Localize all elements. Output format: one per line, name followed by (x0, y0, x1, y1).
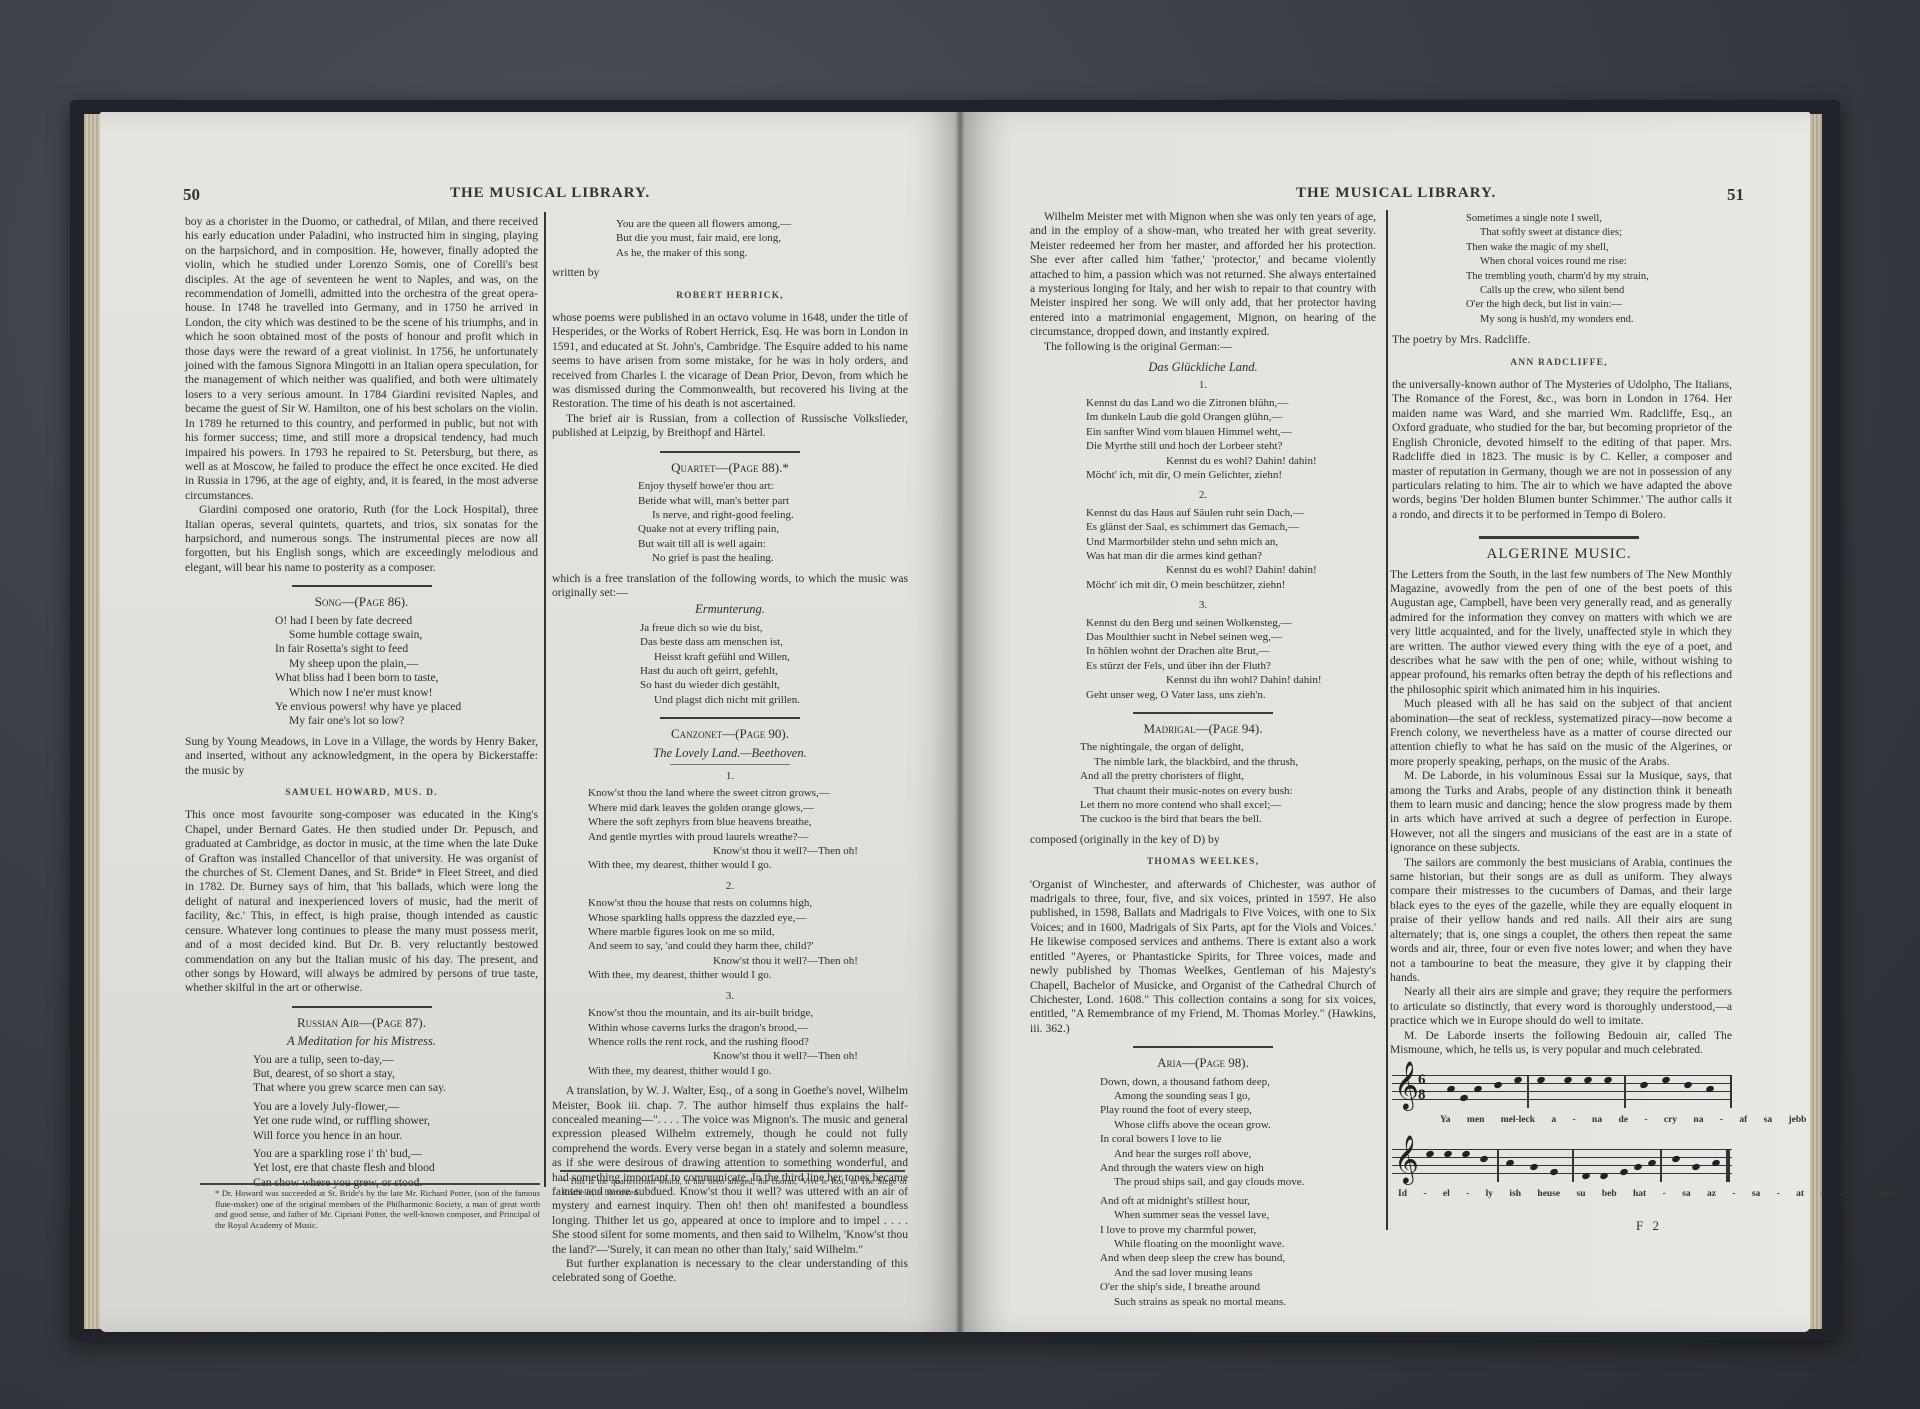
weelkes-bio: 'Organist of Winchester, and afterwards … (1030, 878, 1376, 1036)
barline (1572, 1149, 1574, 1182)
verse-line: And when deep sleep the crew has bound, (1100, 1251, 1376, 1265)
barline (1497, 1149, 1499, 1182)
verse-line: O'er the ship's side, I breathe around (1100, 1280, 1376, 1294)
verse-line: Und plagst dich nicht mit grillen. (640, 693, 908, 707)
verse-line: Das Moulthier sucht in Nebel seinen weg,… (1086, 630, 1376, 644)
stanza-number: 2. (1030, 488, 1376, 502)
verse-line: Yet lost, ere that chaste flesh and bloo… (253, 1161, 538, 1175)
verse-line: Where mid dark leaves the golden orange … (588, 801, 908, 815)
verse-line: Know'st thou the house that rests on col… (588, 896, 908, 910)
verse-line: But wait till all is well again: (638, 537, 908, 551)
aria-title: Aria—(Page 98). (1030, 1056, 1376, 1070)
verse-line: Was hat man dir die armes kind gethan? (1086, 549, 1376, 563)
madrigal-verse: The nightingale, the organ of delight, T… (1030, 740, 1376, 826)
section-divider (1133, 1046, 1273, 1048)
time-signature: 6 8 (1418, 1073, 1426, 1103)
verse-line: And the sad lover musing leans (1100, 1266, 1376, 1280)
verse-line: Das beste dass am menschen ist, (640, 635, 908, 649)
staff-2: 𝄞 Id - el - ly ish heuse su beb hat - sa… (1392, 1145, 1732, 1203)
right-page-number: 51 (1727, 185, 1744, 205)
german-stanza-2: 2. Kennst du das Haus auf Säulen ruht se… (1030, 488, 1376, 592)
verse-line: In fair Rosetta's sight to feed (275, 642, 538, 656)
verse-line: The proud ships sail, and gay clouds mov… (1100, 1175, 1376, 1189)
author-name: ANN RADCLIFFE, (1386, 356, 1732, 370)
verse-line: That where you grew scarce men can say. (253, 1081, 538, 1095)
verse-line: Ye envious powers! why have ye placed (275, 700, 538, 714)
refrain-line: Know'st thou it well?—Then oh! (588, 1049, 908, 1063)
verse-line: In coral bowers I love to lie (1100, 1132, 1376, 1146)
verse-line: That chaunt their music-notes on every b… (1080, 784, 1376, 798)
verse-line: And hear the surges roll above, (1100, 1147, 1376, 1161)
verse-line: My song is hush'd, my wonders end. (1466, 313, 1732, 327)
mignon-paragraph: Wilhelm Meister met with Mignon when she… (1030, 210, 1376, 340)
written-by: written by (552, 266, 908, 280)
verse-line: O! had I been by fate decreed (275, 614, 538, 628)
left-column-1: boy as a chorister in the Duomo, or cath… (185, 215, 538, 1211)
verse-line: With thee, my dearest, thither would I g… (588, 1064, 908, 1078)
verse-line: Möcht' ich mit dir, O mein beschützer, z… (1086, 578, 1376, 592)
verse-line: And gentle myrtles with proud laurels wr… (588, 830, 908, 844)
verse-line: The trembling youth, charm'd by my strai… (1466, 270, 1732, 284)
right-column-1: Wilhelm Meister met with Mignon when she… (1030, 210, 1376, 1315)
verse-line: Die Myrthe still und hoch der Lorbeer st… (1086, 439, 1376, 453)
german-verse: Ja freue dich so wie du bist, Das beste … (552, 621, 908, 707)
verse-line: Is nerve, and right-good feeling. (638, 508, 908, 522)
verse-line: You are the queen all flowers among,— (616, 217, 908, 231)
translation-note: which is a free translation of the follo… (552, 572, 908, 601)
song-note: Sung by Young Meadows, in Love in a Vill… (185, 735, 538, 778)
quartet-title: Quartet—(Page 88).* (552, 461, 908, 475)
verse-line: Where marble figures look on me so mild, (588, 925, 908, 939)
canzonet-stanza-1: 1. Know'st thou the land where the sweet… (552, 769, 908, 873)
verse-line: I love to prove my charmful power, (1100, 1223, 1376, 1237)
german-stanza-1: 1. Kennst du das Land wo die Zitronen bl… (1030, 378, 1376, 482)
verse-line: Know'st thou the mountain, and its air-b… (588, 1006, 908, 1020)
verse-line: You are a tulip, seen to-day,— (253, 1053, 538, 1067)
verse-line: The nimble lark, the blackbird, and the … (1080, 755, 1376, 769)
verse-line: Ja freue dich so wie du bist, (640, 621, 908, 635)
printer-signature: F 2 (1392, 1219, 1732, 1233)
canzonet-stanza-3: 3. Know'st thou the mountain, and its ai… (552, 989, 908, 1078)
verse-line: Kennst du das Land wo die Zitronen blühn… (1086, 396, 1376, 410)
right-running-head: THE MUSICAL LIBRARY. (1296, 185, 1496, 202)
german-song-title: Das Glückliche Land. (1030, 360, 1376, 374)
verse-line: Kennst du den Berg und seinen Wolkensteg… (1086, 616, 1376, 630)
giardini-paragraph-1: boy as a chorister in the Duomo, or cath… (185, 215, 538, 503)
verse-line: So hast du wieder dich gestählt, (640, 678, 908, 692)
madrigal-title: Madrigal—(Page 94). (1030, 722, 1376, 736)
canzonet-stanza-2: 2. Know'st thou the house that rests on … (552, 879, 908, 983)
verse-line: Know'st thou the land where the sweet ci… (588, 786, 908, 800)
verse-line: As he, the maker of this song. (616, 246, 908, 260)
herrick-verse: You are the queen all flowers among,— Bu… (552, 217, 908, 260)
left-running-head: THE MUSICAL LIBRARY. (450, 185, 650, 202)
herrick-bio: whose poems were published in an octavo … (552, 311, 908, 412)
footnote-quartet: * This is the quartet from which, it has… (562, 1176, 907, 1197)
verse-line: Yet one rude wind, or ruffling shower, (253, 1114, 538, 1128)
verse-line: Ein sanfter Wind vom blauen Himmel weht,… (1086, 425, 1376, 439)
algerine-paragraph-5: Nearly all their airs are simple and gra… (1386, 985, 1732, 1028)
section-divider (292, 585, 432, 587)
section-divider (1479, 536, 1639, 539)
algerine-paragraph-3: M. De Laborde, in his voluminous Essai s… (1386, 769, 1732, 855)
verse-line: Such strains as speak no mortal means. (1100, 1295, 1376, 1309)
footnote-rule-right (560, 1170, 905, 1172)
verse-line: And seem to say, 'and could they harm th… (588, 939, 908, 953)
author-name: ROBERT HERRICK, (552, 289, 908, 303)
left-column-2: You are the queen all flowers among,— Bu… (552, 215, 908, 1286)
russian-air-verse: You are a tulip, seen to-day,— But, dear… (185, 1053, 538, 1191)
howard-bio: This once most favourite song-composer w… (185, 808, 538, 995)
left-page-number: 50 (183, 185, 200, 205)
verse-line: Geht unser weg, O Vater lass, uns zieh'n… (1086, 688, 1376, 702)
quartet-verse: Enjoy thyself howe'er thou art: Betide w… (552, 479, 908, 565)
brief-air-note: The brief air is Russian, from a collect… (552, 412, 908, 441)
verse-line: Where the soft zephyrs from blue heavens… (588, 815, 908, 829)
verse-line: And all the pretty choristers of flight, (1080, 769, 1376, 783)
staff-lines (1392, 1075, 1732, 1107)
stanza-number: 1. (552, 769, 908, 783)
verse-line: You are a sparkling rose i' th' bud,— (253, 1147, 538, 1161)
verse-line: Some humble cottage swain, (275, 628, 538, 642)
section-divider (660, 451, 800, 453)
verse-line: Hast du auch oft geirrt, gefehlt, (640, 664, 908, 678)
aria-verse: Down, down, a thousand fathom deep, Amon… (1030, 1075, 1376, 1310)
music-lyrics-line-2: Id - el - ly ish heuse su beb hat - sa a… (1398, 1187, 1732, 1201)
section-divider (1133, 712, 1273, 714)
refrain-line: Kennst du ihn wohl? Dahin! dahin! (1086, 673, 1376, 687)
verse-line: Among the sounding seas I go, (1100, 1089, 1376, 1103)
verse-line: And through the waters view on high (1100, 1161, 1376, 1175)
algerine-paragraph-2: Much pleased with all he has said on the… (1386, 697, 1732, 769)
thin-divider (670, 764, 790, 765)
verse-line: Und Marmorbilder stehn und sehn mich an, (1086, 535, 1376, 549)
verse-line: Kennst du das Haus auf Säulen ruht sein … (1086, 506, 1376, 520)
verse-line: My fair one's lot so low? (275, 714, 538, 728)
barline (1624, 1075, 1626, 1108)
verse-line: Whose sparkling halls oppress the dazzle… (588, 911, 908, 925)
verse-line: The nightingale, the organ of delight, (1080, 740, 1376, 754)
algerine-paragraph-6: M. De Laborde inserts the following Bedo… (1386, 1029, 1732, 1058)
verse-line: With thee, my dearest, thither would I g… (588, 858, 908, 872)
barline (1730, 1075, 1732, 1108)
right-column-2: Sometimes a single note I swell, That so… (1386, 210, 1732, 1234)
verse-line: Will force you hence in an hour. (253, 1129, 538, 1143)
composer-name: SAMUEL HOWARD, MUS. D. (185, 786, 538, 800)
stanza-number: 3. (1030, 598, 1376, 612)
stanza-number: 2. (552, 879, 908, 893)
verse-line: Whence rolls the rent rock, and the rush… (588, 1035, 908, 1049)
staff-1: 𝄞 6 8 Ya men mel-leck a - na de - cry na… (1392, 1071, 1732, 1129)
verse-line: In höhlen wohnt der Drachen alte Brut,— (1086, 644, 1376, 658)
section-divider (660, 717, 800, 719)
verse-line: You are a lovely July-flower,— (253, 1100, 538, 1114)
verse-line: Play round the foot of every steep, (1100, 1103, 1376, 1117)
verse-line: Sometimes a single note I swell, (1466, 212, 1732, 226)
radcliffe-bio: the universally-known author of The Myst… (1386, 378, 1732, 522)
aria-continuation-verse: Sometimes a single note I swell, That so… (1386, 212, 1732, 327)
music-notation: 𝄞 6 8 Ya men mel-leck a - na de - cry na… (1386, 1071, 1732, 1233)
music-lyrics-line-1: Ya men mel-leck a - na de - cry na - af … (1440, 1113, 1732, 1127)
final-barline (1726, 1149, 1730, 1182)
column-rule (544, 212, 546, 1187)
song-verse: O! had I been by fate decreed Some humbl… (185, 614, 538, 729)
refrain-line: Know'st thou it well?—Then oh! (588, 844, 908, 858)
verse-line: Quake not at every trifling pain, (638, 522, 908, 536)
barline (1660, 1149, 1662, 1182)
song-title: Song—(Page 86). (185, 595, 538, 609)
refrain-line: Know'st thou it well?—Then oh! (588, 954, 908, 968)
algerine-heading: ALGERINE MUSIC. (1386, 547, 1732, 561)
verse-line: That softly sweet at distance dies; (1466, 226, 1732, 240)
treble-clef-icon: 𝄞 (1394, 1139, 1419, 1181)
verse-line: And oft at midnight's stillest hour, (1100, 1194, 1376, 1208)
verse-line: O'er the high deck, but list in vain:— (1466, 298, 1732, 312)
refrain-line: Kennst du es wohl? Dahin! dahin! (1086, 563, 1376, 577)
verse-line: When choral voices round me rise: (1466, 255, 1732, 269)
verse-line: While floating on the moonlight wave. (1100, 1237, 1376, 1251)
treble-clef-icon: 𝄞 (1394, 1065, 1419, 1107)
verse-line: Whose cliffs above the ocean grow. (1100, 1118, 1376, 1132)
algerine-paragraph-4: The sailors are commonly the best musici… (1386, 856, 1732, 986)
verse-line: Es stürzt der Fels, und über ihn der Flu… (1086, 659, 1376, 673)
barline (1527, 1075, 1529, 1108)
time-sig-bottom: 8 (1418, 1088, 1426, 1103)
refrain-line: Kennst du es wohl? Dahin! dahin! (1086, 454, 1376, 468)
footnote-rule-left (200, 1183, 540, 1185)
giardini-paragraph-2: Giardini composed one oratorio, Ruth (fo… (185, 503, 538, 575)
verse-line: Heisst kraft gefühl und Willen, (640, 650, 908, 664)
verse-line: My sheep upon the plain,— (275, 657, 538, 671)
verse-line: What bliss had I been born to taste, (275, 671, 538, 685)
russian-air-subtitle: A Meditation for his Mistress. (185, 1034, 538, 1048)
time-sig-top: 6 (1418, 1073, 1426, 1088)
book-gutter (955, 112, 965, 1332)
algerine-paragraph-1: The Letters from the South, in the last … (1386, 568, 1732, 698)
verse-line: But die you must, fair maid, ere long, (616, 231, 908, 245)
footnote-howard: * Dr. Howard was succeeded at St. Bride'… (215, 1188, 540, 1230)
canzonet-title: Canzonet—(Page 90). (552, 727, 908, 741)
verse-line: Es glänst der Saal, es schimmert das Gem… (1086, 520, 1376, 534)
composer-name: THOMAS WEELKES, (1030, 855, 1376, 869)
verse-line: The cuckoo is the bird that bears the be… (1080, 812, 1376, 826)
verse-line: Im dunkeln Laub die gold Orangen glühn,— (1086, 410, 1376, 424)
section-divider (292, 1006, 432, 1008)
german-title: Ermunterung. (552, 602, 908, 616)
composed-by: composed (originally in the key of D) by (1030, 833, 1376, 847)
verse-line: Then wake the magic of my shell, (1466, 241, 1732, 255)
verse-line: But, dearest, of so short a stay, (253, 1067, 538, 1081)
verse-line: No grief is past the healing. (638, 551, 908, 565)
canzonet-subtitle: The Lovely Land.—Beethoven. (552, 746, 908, 760)
verse-line: Enjoy thyself howe'er thou art: (638, 479, 908, 493)
verse-line: Calls up the crew, who silent bend (1466, 284, 1732, 298)
verse-line: Let them no more contend who shall excel… (1080, 798, 1376, 812)
stanza-number: 1. (1030, 378, 1376, 392)
verse-line: With thee, my dearest, thither would I g… (588, 968, 908, 982)
goethe-paragraph-2: But further explanation is necessary to … (552, 1257, 908, 1286)
original-german-intro: The following is the original German:— (1030, 340, 1376, 354)
poetry-by: The poetry by Mrs. Radcliffe. (1386, 333, 1732, 347)
verse-line: Down, down, a thousand fathom deep, (1100, 1075, 1376, 1089)
stanza-number: 3. (552, 989, 908, 1003)
verse-line: Möcht' ich, mit dir, O mein Gelichter, z… (1086, 468, 1376, 482)
german-stanza-3: 3. Kennst du den Berg und seinen Wolkens… (1030, 598, 1376, 702)
verse-line: When summer seas the vessel lave, (1100, 1208, 1376, 1222)
verse-line: Which now I ne'er must know! (275, 686, 538, 700)
russian-air-title: Russian Air—(Page 87). (185, 1016, 538, 1030)
verse-line: Within whose caverns lurks the dragon's … (588, 1021, 908, 1035)
verse-line: Betide what will, man's better part (638, 494, 908, 508)
